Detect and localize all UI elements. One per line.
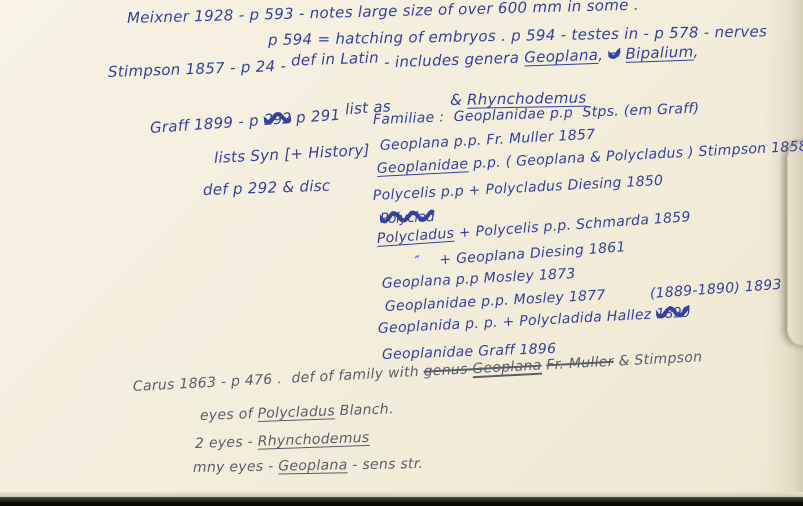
note-lines: Meixner 1928 - p 593 - notes large size …: [0, 0, 803, 506]
text-segment: mny eyes -: [193, 459, 279, 476]
text-segment: Rhynchodemus: [257, 430, 369, 450]
handwritten-line: 2 eyes - Rhynchodemus: [195, 431, 370, 452]
handwritten-line: (1889-1890) 1893: [649, 278, 782, 303]
text-segment: &: [450, 91, 467, 109]
handwritten-line: Graff 1899 - p 292 p 291 list as: [149, 103, 391, 136]
text-segment: Stimpson 1857 - p 24 -: [108, 57, 292, 81]
text-segment: ″ + Geoplana Diesing 1861: [414, 239, 626, 270]
text-segment: (1889-1890) 1893: [649, 277, 782, 302]
handwritten-line: Polyclad: [380, 210, 435, 227]
handwritten-line: Stimpson 1857 - p 24 - def in Latin - in…: [108, 43, 699, 80]
text-segment: Polycelis p.p + Polycladus Diesing 1850: [373, 173, 664, 204]
text-segment: Geoplana: [472, 358, 542, 378]
handwritten-line: ″ + Geoplana Diesing 1861: [414, 240, 626, 270]
text-segment: Geoplanidae: [377, 156, 469, 177]
text-segment: 1890: [656, 305, 690, 323]
text-segment: 292: [263, 109, 291, 129]
text-segment: Fr. Muller: [546, 354, 614, 374]
handwritten-line: Meixner 1928 - p 593 - notes large size …: [127, 0, 639, 26]
handwritten-line: eyes of Polycladus Blanch.: [200, 402, 394, 424]
text-segment: Geoplana p.p Mosley 1873: [382, 266, 577, 292]
text-segment: Geoplana: [278, 457, 348, 474]
text-segment: genus: [423, 361, 473, 380]
text-segment: ,: [693, 42, 699, 60]
text-segment: Polycladus: [376, 226, 454, 247]
text-segment: def in Latin: [291, 49, 380, 70]
text-segment: + Polycelis p.p. Schmarda 1859: [454, 209, 692, 241]
text-segment: Graff 1899 - p: [149, 111, 264, 137]
text-segment: 2 eyes -: [195, 434, 258, 452]
text-segment: Bipalium: [625, 43, 694, 63]
text-segment: Polycladus: [257, 403, 335, 422]
handwritten-line: mny eyes - Geoplana - sens str.: [193, 457, 424, 476]
text-segment: eyes of: [200, 406, 258, 424]
text-segment: def p 292 & disc: [203, 177, 331, 199]
text-segment: Meixner 1928 - p 593 - notes large size …: [127, 0, 639, 27]
handwritten-line: Familiae : Geoplanidae p.p Stps. (em Gra…: [373, 102, 700, 129]
scanned-note-scene: Meixner 1928 - p 593 - notes large size …: [0, 0, 803, 506]
text-segment: p 291: [290, 105, 346, 127]
handwritten-line: def p 292 & disc: [203, 178, 331, 199]
text-segment: - sens str.: [347, 456, 423, 473]
text-segment: Blanch.: [335, 401, 394, 419]
handwritten-line: lists Syn [+ History]: [214, 142, 371, 167]
text-segment: & Stimpson: [613, 349, 702, 370]
text-segment: =: [608, 45, 621, 63]
text-segment: Polyclad: [380, 209, 435, 227]
handwritten-line: Polycelis p.p + Polycladus Diesing 1850: [373, 174, 664, 205]
text-segment: Carus 1863 - p 476 . def of family with: [133, 364, 425, 395]
text-segment: lists Syn [+ History]: [214, 141, 371, 167]
text-segment: Geoplana p.p. Fr. Muller 1857: [380, 127, 596, 154]
text-segment: ,: [598, 46, 609, 64]
text-segment: Geoplana: [524, 46, 599, 67]
text-segment: - includes genera: [379, 48, 525, 71]
handwritten-line: Geoplana p.p Mosley 1873: [382, 267, 577, 293]
